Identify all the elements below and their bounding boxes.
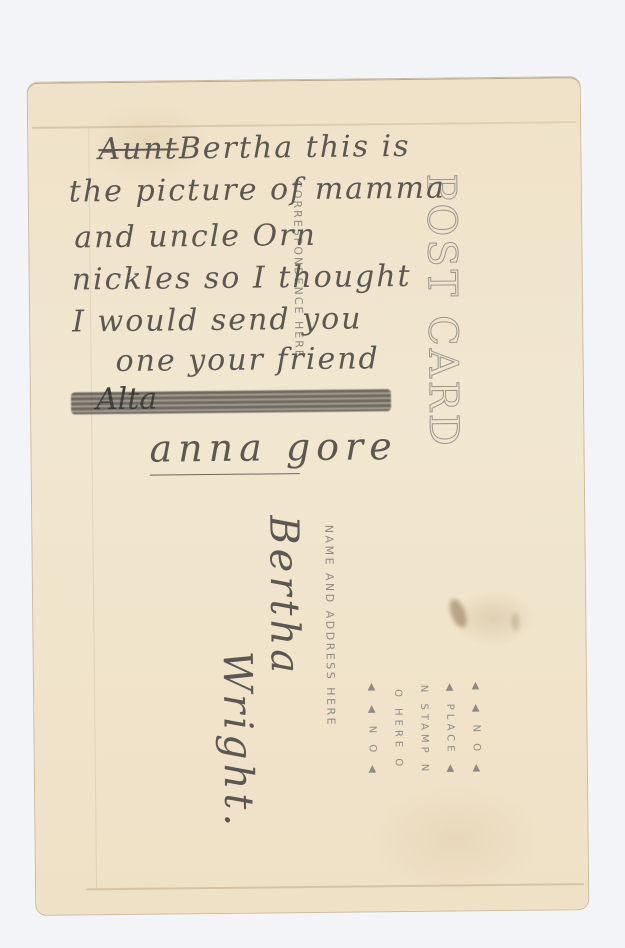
stamp-box-column: O HERE O (392, 675, 404, 785)
stamp-box-column: ▲ ▲ N O ▲ (366, 675, 378, 785)
stamp-box: ▲ ▲ N O ▲ O HERE O N STAMP N ▲ PLACE ▲ ▲… (366, 674, 495, 785)
stamp-box-column: ▲ PLACE ▲ (444, 674, 456, 784)
message-line-1: AuntBertha this is (98, 129, 411, 167)
postcard: POST CARD CORRESPONDENCE HERE NAME AND A… (28, 77, 589, 915)
stamp-box-column: ▲ ▲ N O ▲ (470, 674, 482, 784)
message-line-6: one your friend (115, 341, 380, 379)
foxing-stain (446, 597, 470, 630)
stamp-box-column: N STAMP N (418, 675, 430, 785)
bottom-border-line (86, 883, 584, 890)
signature-underline (150, 473, 300, 476)
message-line-4: nickles so I thought (72, 259, 412, 298)
signature: anna gore (149, 424, 398, 471)
postcard-title: POST CARD (421, 173, 464, 449)
address-last-name: Wright. (214, 651, 262, 831)
address-label: NAME AND ADDRESS HERE (322, 525, 337, 727)
top-border-line (32, 121, 576, 129)
foxing-stain (511, 613, 519, 631)
struck-word: Aunt (98, 131, 179, 167)
address-first-name: Bertha (260, 515, 308, 677)
message-line-5: I would send you (72, 301, 363, 339)
message-line-3: and uncle Orn (74, 218, 317, 256)
scribble-mark (71, 389, 391, 414)
message-text: Bertha this is (179, 129, 411, 166)
message-line-2: the picture of mamma (69, 171, 446, 210)
